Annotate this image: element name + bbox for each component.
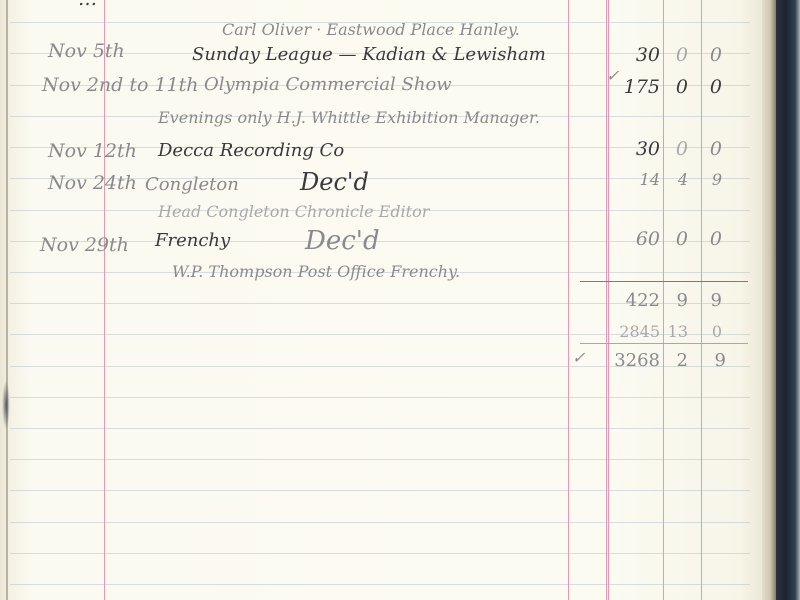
subtotal-pence: 9 [704,290,722,311]
grand-total-pence: 9 [704,350,726,371]
entry-description: Congleton [145,174,239,195]
entry-pounds: 14 [610,170,660,189]
entry-description: Decca Recording Co [158,140,344,161]
column-rule [568,0,569,600]
brought-forward-shillings: 13 [666,322,688,341]
entry-date: Nov 12th [48,140,137,162]
brought-forward-pounds: 2845 [600,322,660,341]
subtotal-shillings: 9 [666,290,688,311]
entry-pounds: 30 [610,138,660,160]
entry-pence: 9 [704,170,722,189]
ledger-page: … Carl Oliver · Eastwood Place Hanley. N… [0,0,762,600]
entry-date: Nov 24th [48,172,137,194]
entry-description: Sunday League — Kadian & Lewisham [192,44,546,65]
brought-forward-pence: 0 [704,322,722,341]
entry-note: Evenings only H.J. Whittle Exhibition Ma… [158,108,540,127]
entry-shillings: 4 [666,170,688,189]
tick-mark: ✓ [572,348,585,367]
entry-note: W.P. Thompson Post Office Frenchy. [172,262,460,281]
grand-total-pounds: 3268 [594,350,660,371]
entry-pounds: 60 [610,228,660,250]
entry-note: Head Congleton Chronicle Editor [158,202,429,221]
entry-description: Olympia Commercial Show [204,74,452,95]
pence-column-rule [701,0,702,600]
book-binding [776,0,800,600]
entry-signature: Dec'd [300,168,369,196]
ruled-line [10,490,750,491]
grand-total-shillings: 2 [666,350,688,371]
ruled-line [10,584,750,585]
page-left-edge [6,0,8,600]
entry-shillings: 0 [666,44,688,66]
ruled-line [10,459,750,460]
entry-shillings: 0 [666,228,688,250]
ink-stain [2,380,10,430]
entry-date: Nov 2nd to 11th [42,74,199,96]
entry-description: Frenchy [155,230,230,251]
ruled-line [10,522,750,523]
entry-date: Nov 29th [40,234,129,256]
ruled-line [10,553,750,554]
entry-pounds: 175 [610,76,660,98]
entry-pounds: 30 [610,44,660,66]
ruled-line [10,397,750,398]
total-rule [580,281,748,282]
ruled-line [10,428,750,429]
pounds-column-rule [606,0,609,600]
cut-off-text: … [78,0,97,10]
entry-signature: Dec'd [305,226,380,256]
entry-shillings: 0 [666,138,688,160]
entry-note: Carl Oliver · Eastwood Place Hanley. [222,20,520,39]
subtotal-pounds: 422 [610,290,660,311]
entry-pence: 0 [704,76,722,98]
entry-pence: 0 [704,138,722,160]
entry-date: Nov 5th [48,40,125,62]
page-stack-edge [762,0,776,600]
grand-total-rule [580,343,748,344]
entry-pence: 0 [704,44,722,66]
shillings-column-rule [663,0,664,600]
entry-pence: 0 [704,228,722,250]
entry-shillings: 0 [666,76,688,98]
